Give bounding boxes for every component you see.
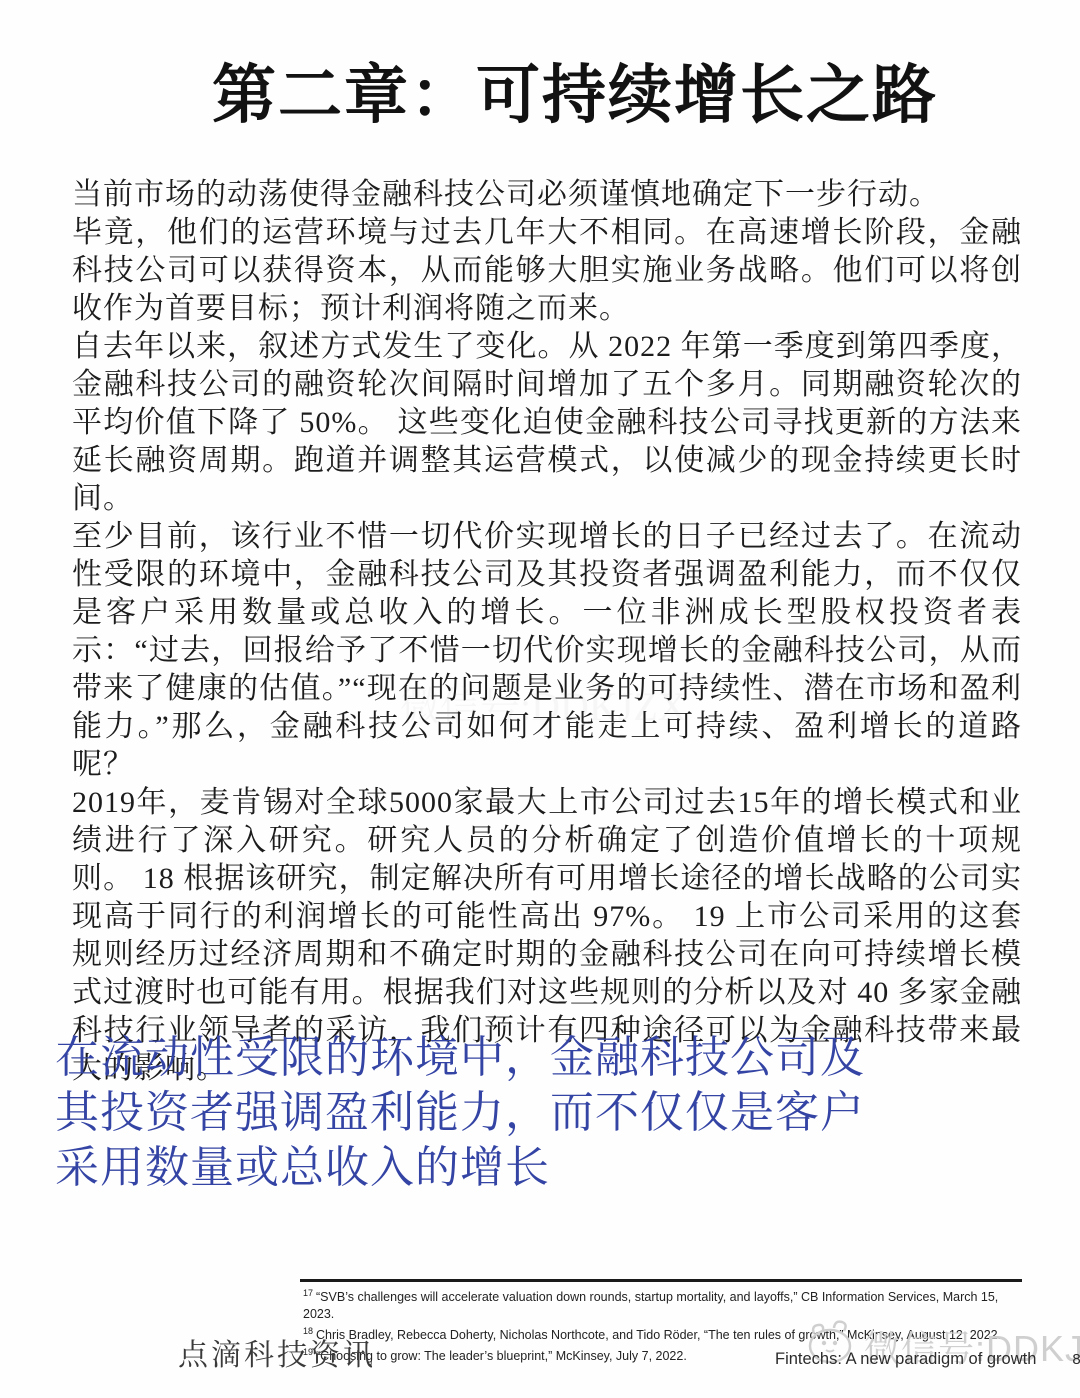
document-source: Fintechs: A new paradigm of growth <box>775 1350 1036 1369</box>
footnote-divider <box>300 1279 1022 1282</box>
document-footer: Fintechs: A new paradigm of growth 8 <box>775 1350 1035 1369</box>
pull-quote-line: 其投资者强调盈利能力，而不仅仅是客户 <box>55 1085 865 1140</box>
brand-footer: 点滴科技资讯 <box>178 1330 376 1374</box>
pull-quote: 在流动性受限的环境中，金融科技公司及 其投资者强调盈利能力，而不仅仅是客户 采用… <box>55 1030 865 1195</box>
body-text: 当前市场的动荡使得金融科技公司必须谨慎地确定下一步行动。 毕竟，他们的运营环境与… <box>72 176 1022 1088</box>
paragraph: 当前市场的动荡使得金融科技公司必须谨慎地确定下一步行动。 <box>72 176 1022 214</box>
footnote-number: 17 <box>303 1288 313 1298</box>
pull-quote-line: 在流动性受限的环境中，金融科技公司及 <box>55 1030 865 1085</box>
paragraph: 至少目前，该行业不惜一切代价实现增长的日子已经过去了。在流动性受限的环境中，金融… <box>72 518 1022 784</box>
page-number: 8 <box>1072 1351 1080 1368</box>
paragraph: 自去年以来，叙述方式发生了变化。从 2022 年第一季度到第四季度，金融科技公司… <box>72 328 1022 518</box>
paragraph: 毕竟，他们的运营环境与过去几年大不相同。在高速增长阶段，金融科技公司可以获得资本… <box>72 214 1022 328</box>
page-title: 第二章：可持续增长之路 <box>0 44 1080 136</box>
pull-quote-line: 采用数量或总收入的增长 <box>55 1140 865 1195</box>
document-page: 第二章：可持续增长之路 当前市场的动荡使得金融科技公司必须谨慎地确定下一步行动。… <box>0 0 1080 1398</box>
